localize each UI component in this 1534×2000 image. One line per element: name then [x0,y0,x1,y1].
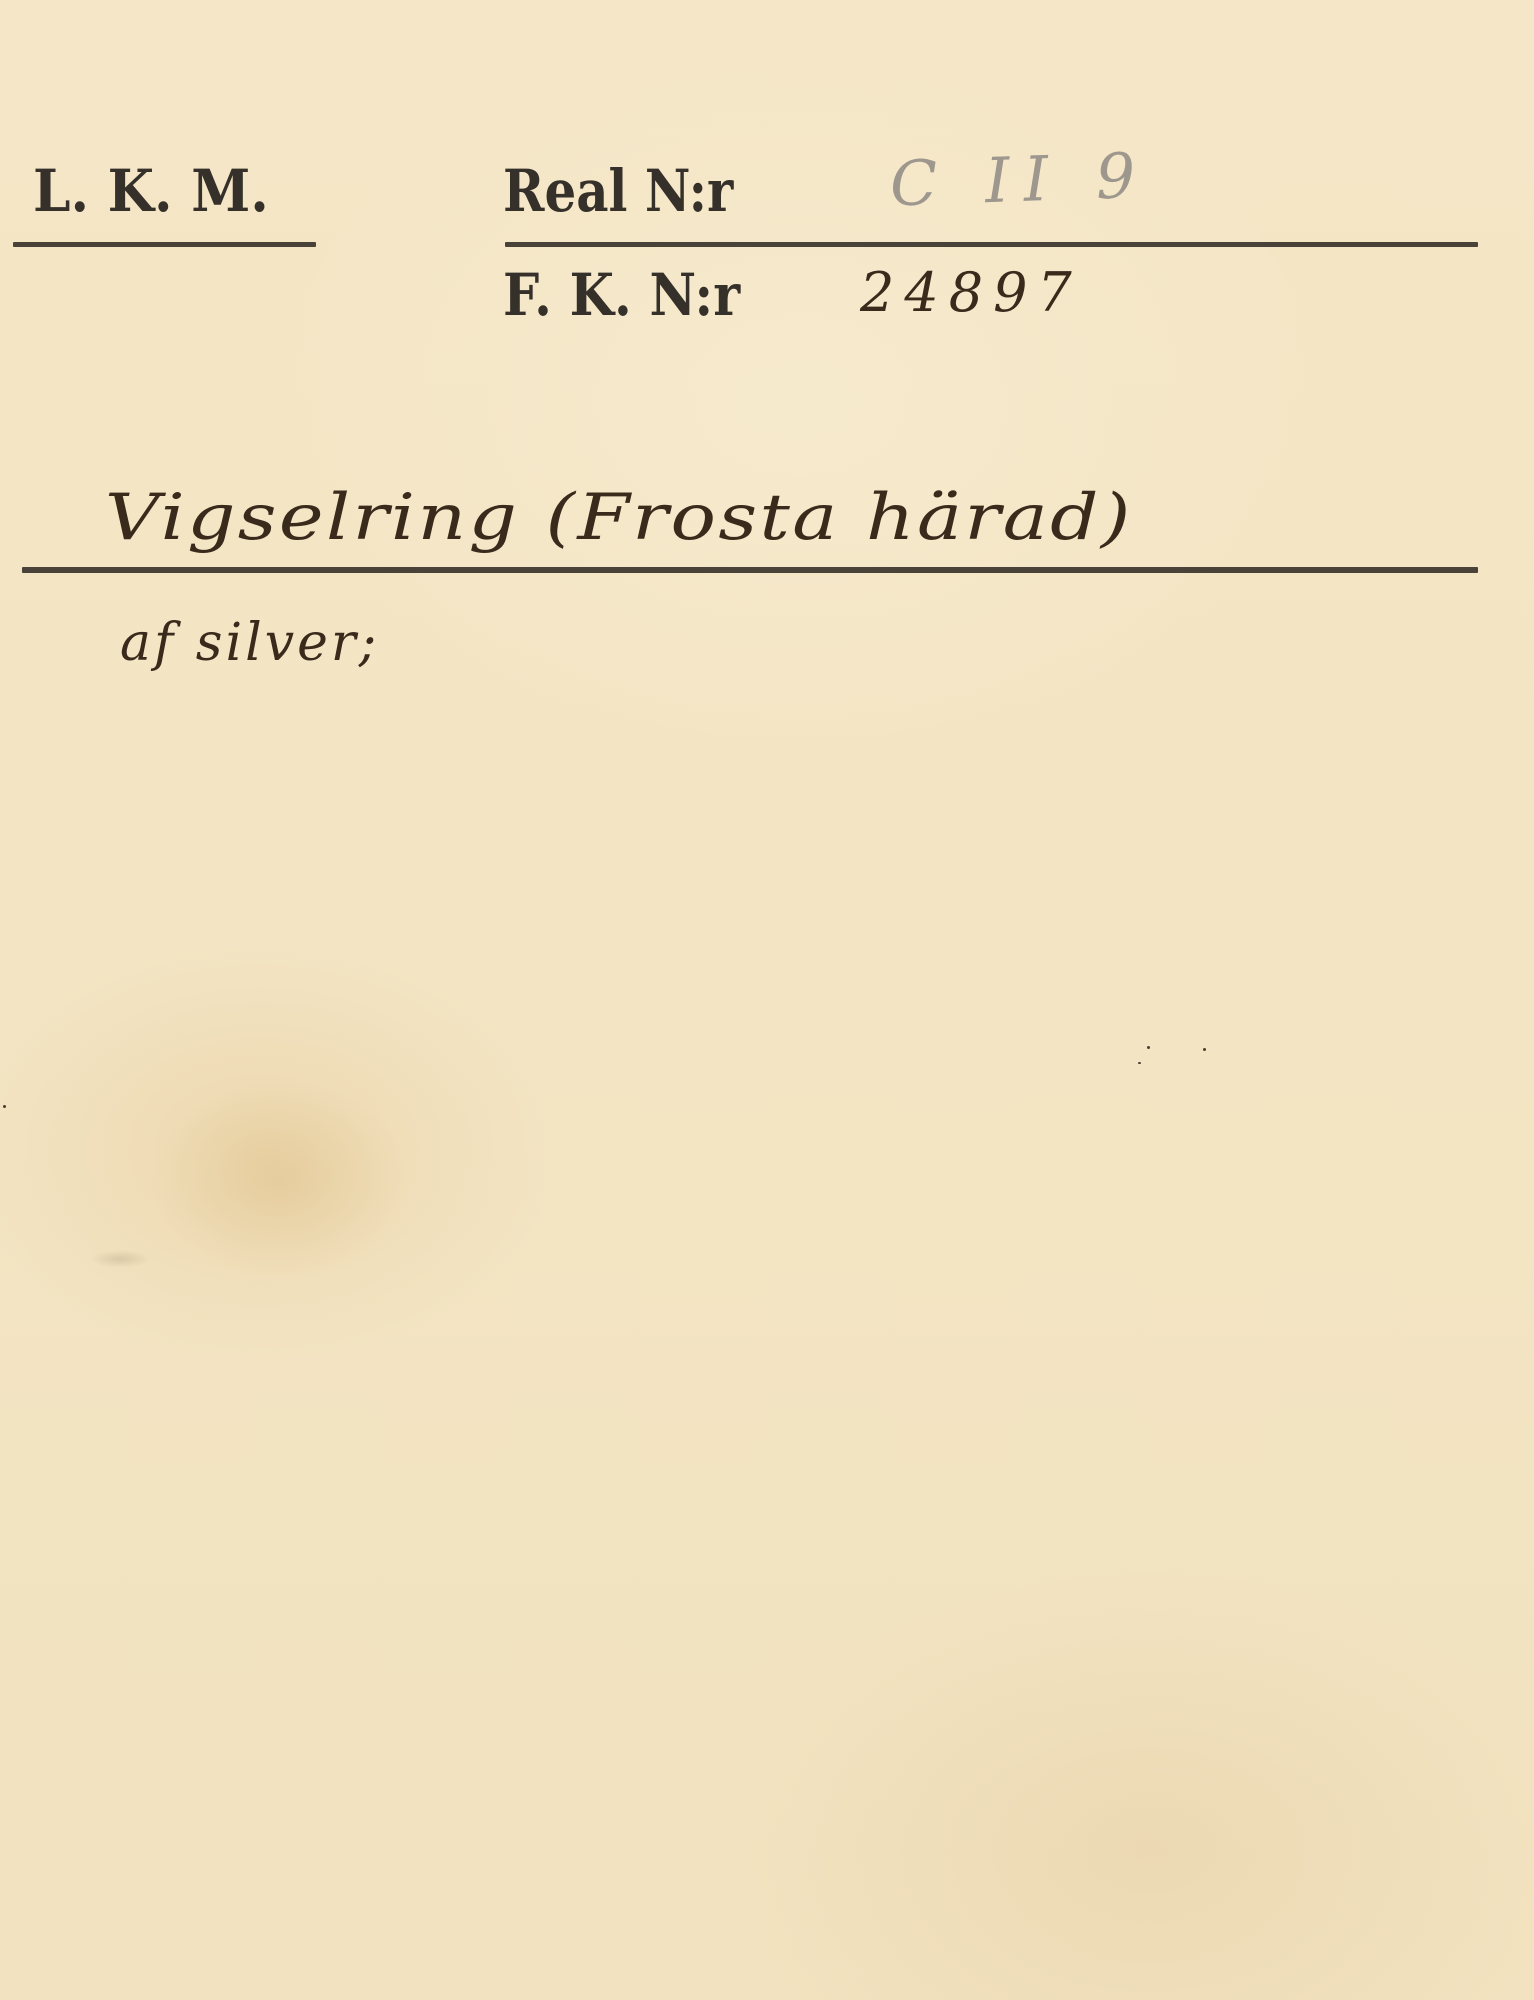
institution-abbrev: L. K. M. [33,158,269,224]
paper-speck [1147,1046,1150,1049]
institution-underline [13,242,316,247]
fk-number-label: F. K. N:r [503,262,740,328]
paper-stain [90,1250,150,1268]
paper-speck [1138,1062,1141,1064]
paper-stain [150,1080,410,1280]
catalog-card: L. K. M. Real N:r C II 9 F. K. N:r 24897… [0,0,1534,2000]
paper-speck [3,1105,6,1108]
real-number-value: C II 9 [889,135,1151,224]
object-description: af silver; [120,608,379,678]
fk-number-value: 24897 [860,260,1082,326]
paper-speck [1203,1048,1206,1051]
real-number-label: Real N:r [503,158,733,224]
real-number-rule [505,242,1478,247]
title-rule [22,567,1478,573]
object-title: Vigselring (Frosta härad) [105,478,1133,558]
